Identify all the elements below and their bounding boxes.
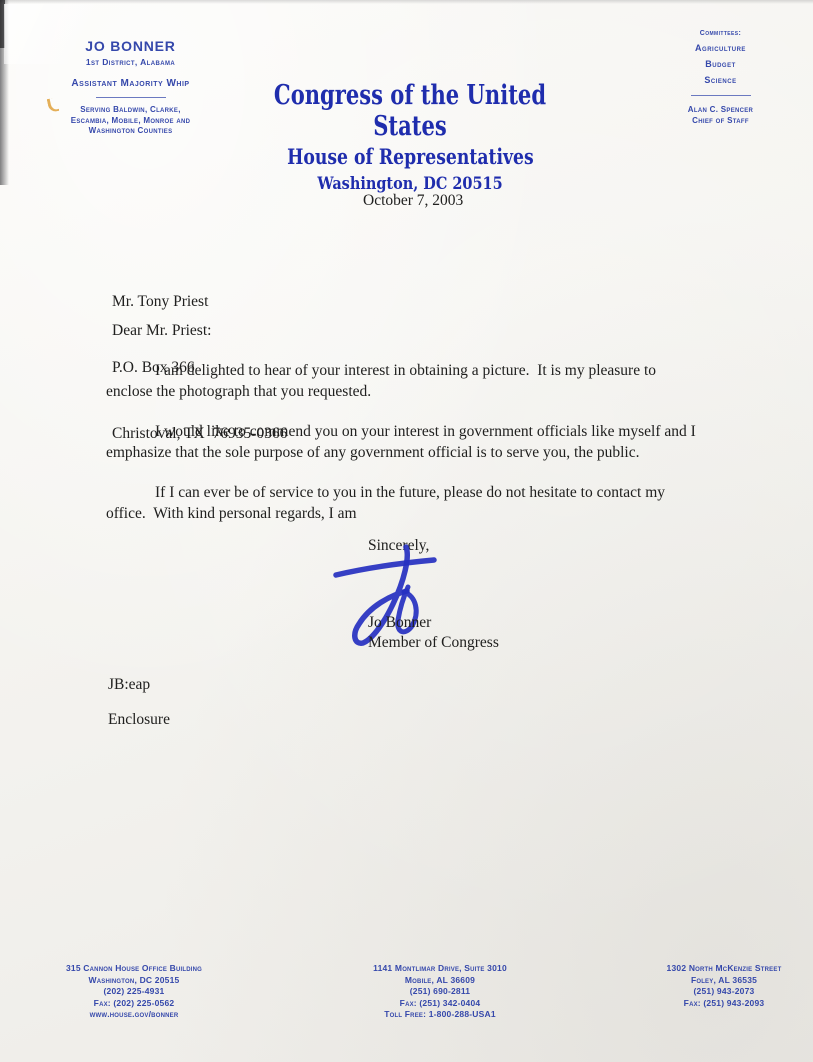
footer-office-foley: 1302 North McKenzie Street Foley, AL 365… — [618, 963, 813, 1009]
masthead-line-congress: Congress of the United States — [205, 80, 615, 142]
office-fax: Fax: (251) 342-0404 — [318, 998, 562, 1010]
masthead: Congress of the United States House of R… — [205, 80, 615, 194]
office-fax: Fax: (251) 943-2093 — [618, 998, 813, 1010]
office-tollfree: Toll Free: 1-800-288-USA1 — [318, 1009, 562, 1021]
member-district: 1st District, Alabama — [28, 57, 233, 67]
committee-item: Science — [658, 75, 783, 85]
paragraph-line: office. With kind personal regards, I am — [106, 504, 728, 525]
committee-item: Agriculture — [658, 43, 783, 53]
masthead-washington-text: Washington, DC 20515 — [317, 174, 502, 194]
member-name: JO BONNER — [28, 38, 233, 54]
salutation: Dear Mr. Priest: — [112, 322, 211, 340]
office-phone: (251) 690-2811 — [318, 986, 562, 998]
reference-initials: JB:eap — [108, 676, 150, 694]
office-address-line: 1141 Montlimar Drive, Suite 3010 — [318, 963, 562, 975]
office-address-line: Foley, AL 36535 — [618, 975, 813, 987]
paragraph-line: enclose the photograph that you requeste… — [106, 382, 728, 403]
masthead-house-text: House of Representatives — [287, 144, 534, 169]
letterhead-right-block: Committees: Agriculture Budget Science A… — [658, 30, 783, 125]
masthead-congress-text: Congress of the United States — [250, 80, 570, 142]
office-phone: (251) 943-2073 — [618, 986, 813, 998]
serving-counties-line: Washington Counties — [28, 126, 233, 137]
office-address-line: 1302 North McKenzie Street — [618, 963, 813, 975]
footer-office-mobile: 1141 Montlimar Drive, Suite 3010 Mobile,… — [318, 963, 562, 1021]
office-website: www.house.gov/bonner — [28, 1009, 240, 1021]
masthead-line-washington: Washington, DC 20515 — [205, 174, 615, 194]
paragraph-line: emphasize that the sole purpose of any g… — [106, 443, 728, 464]
office-address-line: Washington, DC 20515 — [28, 975, 240, 987]
office-address-line: Mobile, AL 36609 — [318, 975, 562, 987]
recipient-name: Mr. Tony Priest — [112, 291, 287, 313]
office-address-line: 315 Cannon House Office Building — [28, 963, 240, 975]
footer-office-washington: 315 Cannon House Office Building Washing… — [28, 963, 240, 1021]
left-divider — [96, 97, 166, 98]
member-title: Assistant Majority Whip — [28, 78, 233, 89]
office-fax: Fax: (202) 225-0562 — [28, 998, 240, 1010]
chief-of-staff-name: Alan C. Spencer — [658, 105, 783, 114]
signer-name: Jo Bonner — [368, 614, 431, 632]
paragraph: If I can ever be of service to you in th… — [106, 483, 728, 524]
enclosure-notation: Enclosure — [108, 711, 170, 729]
letter-date: October 7, 2003 — [363, 192, 463, 210]
scanned-letter-page: JO BONNER 1st District, Alabama Assistan… — [0, 0, 813, 1062]
office-phone: (202) 225-4931 — [28, 986, 240, 998]
paragraph: I am delighted to hear of your interest … — [106, 361, 728, 402]
right-divider — [691, 95, 751, 96]
letter-body: I am delighted to hear of your interest … — [106, 361, 728, 544]
chief-of-staff-title: Chief of Staff — [658, 116, 783, 125]
serving-counties-line: Escambia, Mobile, Monroe and — [28, 116, 233, 127]
committee-item: Budget — [658, 59, 783, 69]
letterhead-left-block: JO BONNER 1st District, Alabama Assistan… — [28, 38, 233, 137]
paragraph-line: I am delighted to hear of your interest … — [106, 361, 728, 382]
committees-label: Committees: — [658, 30, 783, 37]
paragraph-line: If I can ever be of service to you in th… — [106, 483, 728, 504]
signer-title: Member of Congress — [368, 634, 499, 652]
paragraph-line: I would like to commend you on your inte… — [106, 422, 728, 443]
paragraph: I would like to commend you on your inte… — [106, 422, 728, 463]
masthead-line-house: House of Representatives — [205, 144, 615, 169]
